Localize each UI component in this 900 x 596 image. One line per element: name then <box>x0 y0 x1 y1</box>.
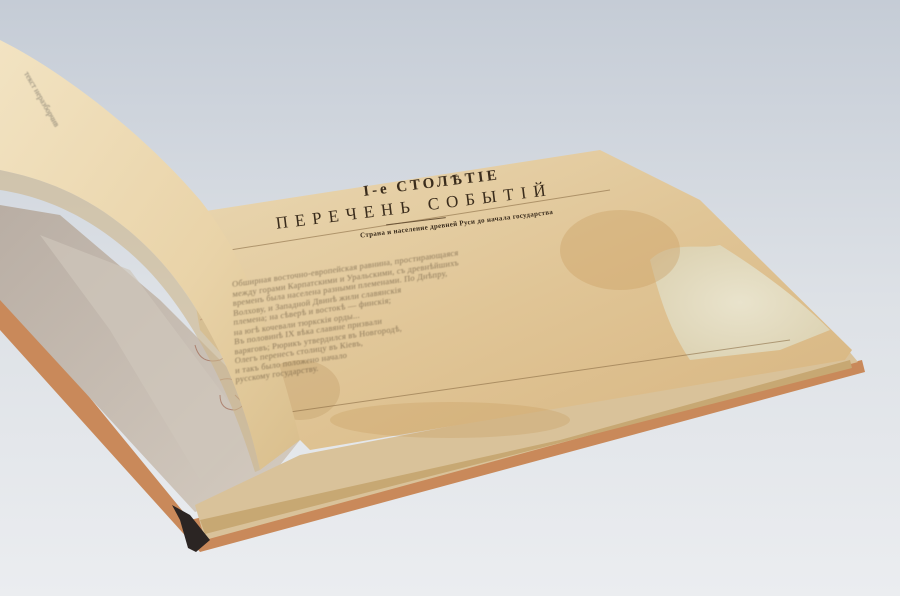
photo-scene: текст неразборчив I-е СТОЛѢТІЕ ПЕРЕЧЕНЬ … <box>0 0 900 596</box>
